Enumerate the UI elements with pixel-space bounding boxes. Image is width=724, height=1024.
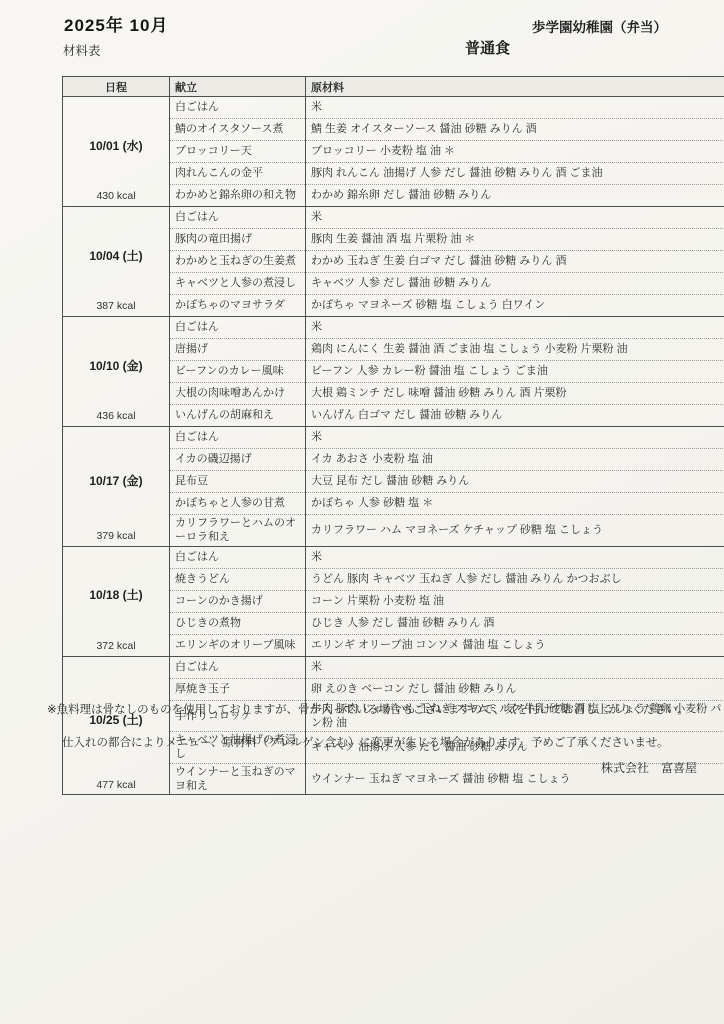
kcal-label: 379 kcal <box>63 530 169 544</box>
menu-item-name: 白ごはん <box>170 207 306 229</box>
column-header-date: 日程 <box>63 77 170 97</box>
column-header-menu: 献立 <box>170 77 306 97</box>
menu-item-name: イカの磯辺揚げ <box>170 449 306 471</box>
menu-item-name: ひじきの煮物 <box>170 612 306 634</box>
menu-item-ingredients: わかめ 玉ねぎ 生姜 白ゴマ だし 醤油 砂糖 みりん 酒 <box>306 251 724 273</box>
menu-item-ingredients: 米 <box>306 97 724 119</box>
date-label: 10/01 (水) <box>68 139 164 155</box>
menu-table: 日程 献立 原材料 10/01 (水)430 kcal白ごはん米鯖のオイスタソー… <box>62 76 724 795</box>
menu-item-name: ブロッコリー天 <box>170 141 306 163</box>
meal-type-label: 普通食 <box>465 37 510 58</box>
school-name: 歩学園幼稚園（弁当） <box>532 16 667 36</box>
menu-item-name: 厚焼き玉子 <box>170 678 306 700</box>
menu-item-name: 豚肉の竜田揚げ <box>170 229 306 251</box>
menu-item-name: かぼちゃと人参の甘煮 <box>170 493 306 515</box>
menu-item-ingredients: いんげん 白ゴマ だし 醤油 砂糖 みりん <box>306 405 724 427</box>
menu-item-ingredients: 卵 えのき ベーコン だし 醤油 砂糖 みりん <box>306 678 724 700</box>
kcal-label: 387 kcal <box>63 300 169 314</box>
menu-row: 10/18 (土)372 kcal白ごはん米 <box>63 546 724 568</box>
menu-item-name: 焼きうどん <box>170 568 306 590</box>
menu-item-ingredients: キャベツ 人参 だし 醤油 砂糖 みりん <box>306 273 724 295</box>
menu-item-ingredients: わかめ 錦糸卵 だし 醤油 砂糖 みりん <box>306 185 724 207</box>
menu-item-ingredients: エリンギ オリーブ油 コンソメ 醤油 塩 こしょう <box>306 634 724 656</box>
menu-row: 10/10 (金)436 kcal白ごはん米 <box>63 317 724 339</box>
date-cell: 10/18 (土)372 kcal <box>63 546 170 656</box>
menu-table-body: 10/01 (水)430 kcal白ごはん米鯖のオイスタソース煮鯖 生姜 オイス… <box>63 97 724 795</box>
header-row: 日程 献立 原材料 <box>63 77 724 97</box>
menu-item-ingredients: うどん 豚肉 キャベツ 玉ねぎ 人参 だし 醤油 みりん かつおぶし <box>306 568 724 590</box>
page-title: 2025年 10月 <box>64 11 168 36</box>
menu-item-ingredients: 米 <box>306 207 724 229</box>
menu-item-name: 大根の肉味噌あんかけ <box>170 383 306 405</box>
menu-item-name: カリフラワーとハムのオーロラ和え <box>170 515 306 547</box>
menu-item-ingredients: かぼちゃ マヨネーズ 砂糖 塩 こしょう 白ワイン <box>306 295 724 317</box>
menu-item-name: ビーフンのカレー風味 <box>170 361 306 383</box>
menu-item-ingredients: 米 <box>306 427 724 449</box>
menu-row: 10/04 (土)387 kcal白ごはん米 <box>63 207 724 229</box>
menu-item-name: 昆布豆 <box>170 471 306 493</box>
menu-item-name: ウインナーと玉ねぎのマヨ和え <box>170 763 306 795</box>
menu-item-ingredients: コーン 片栗粉 小麦粉 塩 油 <box>306 590 724 612</box>
menu-item-name: 鯖のオイスタソース煮 <box>170 119 306 141</box>
menu-row: 10/25 (土)477 kcal白ごはん米 <box>63 656 724 678</box>
menu-item-ingredients: ビーフン 人参 カレー粉 醤油 塩 こしょう ごま油 <box>306 361 724 383</box>
menu-item-ingredients: イカ あおさ 小麦粉 塩 油 <box>306 449 724 471</box>
fish-bone-note: ※魚料理は骨なしのものを使用しておりますが、骨が入っている場合もございますので、… <box>47 701 689 717</box>
kcal-label: 477 kcal <box>63 779 169 793</box>
menu-item-ingredients: かぼちゃ 人参 砂糖 塩 ＊ <box>306 493 724 515</box>
menu-item-ingredients: 米 <box>306 656 724 678</box>
menu-item-ingredients: 鶏肉 にんにく 生姜 醤油 酒 ごま油 塩 こしょう 小麦粉 片栗粉 油 <box>306 339 724 361</box>
menu-item-name: 唐揚げ <box>170 339 306 361</box>
menu-item-name: コーンのかき揚げ <box>170 590 306 612</box>
menu-item-name: 白ごはん <box>170 656 306 678</box>
menu-item-name: いんげんの胡麻和え <box>170 405 306 427</box>
menu-item-ingredients: 鯖 生姜 オイスターソース 醤油 砂糖 みりん 酒 <box>306 119 724 141</box>
menu-item-ingredients: 大豆 昆布 だし 醤油 砂糖 みりん <box>306 471 724 493</box>
menu-table-header: 日程 献立 原材料 <box>63 77 724 97</box>
menu-item-ingredients: 米 <box>306 546 724 568</box>
date-cell: 10/04 (土)387 kcal <box>63 207 170 317</box>
menu-item-name: 白ごはん <box>170 97 306 119</box>
menu-item-name: わかめと玉ねぎの生姜煮 <box>170 251 306 273</box>
menu-item-ingredients: 豚肉 れんこん 油揚げ 人参 だし 醤油 砂糖 みりん 酒 ごま油 <box>306 163 724 185</box>
menu-item-ingredients: ひじき 人参 だし 醤油 砂糖 みりん 酒 <box>306 612 724 634</box>
menu-item-name: わかめと錦糸卵の和え物 <box>170 185 306 207</box>
menu-item-name: キャベツと人参の煮浸し <box>170 273 306 295</box>
menu-item-name: かぼちゃのマヨサラダ <box>170 295 306 317</box>
date-label: 10/10 (金) <box>68 359 164 375</box>
doc-type-label: 材料表 <box>63 41 101 59</box>
menu-item-ingredients: 豚肉 生姜 醤油 酒 塩 片栗粉 油 ＊ <box>306 229 724 251</box>
kcal-label: 436 kcal <box>63 410 169 424</box>
menu-row: 10/17 (金)379 kcal白ごはん米 <box>63 427 724 449</box>
menu-row: 10/01 (水)430 kcal白ごはん米 <box>63 97 724 119</box>
date-cell: 10/17 (金)379 kcal <box>63 427 170 547</box>
company-name: 株式会社 富喜屋 <box>601 759 697 776</box>
date-label: 10/18 (土) <box>68 588 164 604</box>
menu-item-name: エリンギのオリーブ風味 <box>170 634 306 656</box>
menu-item-name: 肉れんこんの金平 <box>170 163 306 185</box>
scanned-menu-page: 2025年 10月 歩学園幼稚園（弁当） 材料表 普通食 日程 献立 原材料 1… <box>0 0 724 1024</box>
column-header-ingredients: 原材料 <box>306 77 724 97</box>
date-cell: 10/10 (金)436 kcal <box>63 317 170 427</box>
date-cell: 10/25 (土)477 kcal <box>63 656 170 795</box>
date-label: 10/04 (土) <box>68 249 164 265</box>
date-label: 10/17 (金) <box>68 474 164 490</box>
menu-item-name: 白ごはん <box>170 427 306 449</box>
menu-item-ingredients: カリフラワー ハム マヨネーズ ケチャップ 砂糖 塩 こしょう <box>306 515 724 547</box>
menu-item-name: 白ごはん <box>170 317 306 339</box>
kcal-label: 430 kcal <box>63 190 169 204</box>
kcal-label: 372 kcal <box>63 640 169 654</box>
menu-item-ingredients: 米 <box>306 317 724 339</box>
menu-item-name: 白ごはん <box>170 546 306 568</box>
menu-item-ingredients: 大根 鶏ミンチ だし 味噌 醤油 砂糖 みりん 酒 片栗粉 <box>306 383 724 405</box>
date-cell: 10/01 (水)430 kcal <box>63 97 170 207</box>
menu-item-ingredients: ブロッコリー 小麦粉 塩 油 ＊ <box>306 141 724 163</box>
menu-change-note: 仕入れの都合によりメニュー、原材料（アレルゲン含む）に変更が生じる場合があります… <box>62 734 669 750</box>
